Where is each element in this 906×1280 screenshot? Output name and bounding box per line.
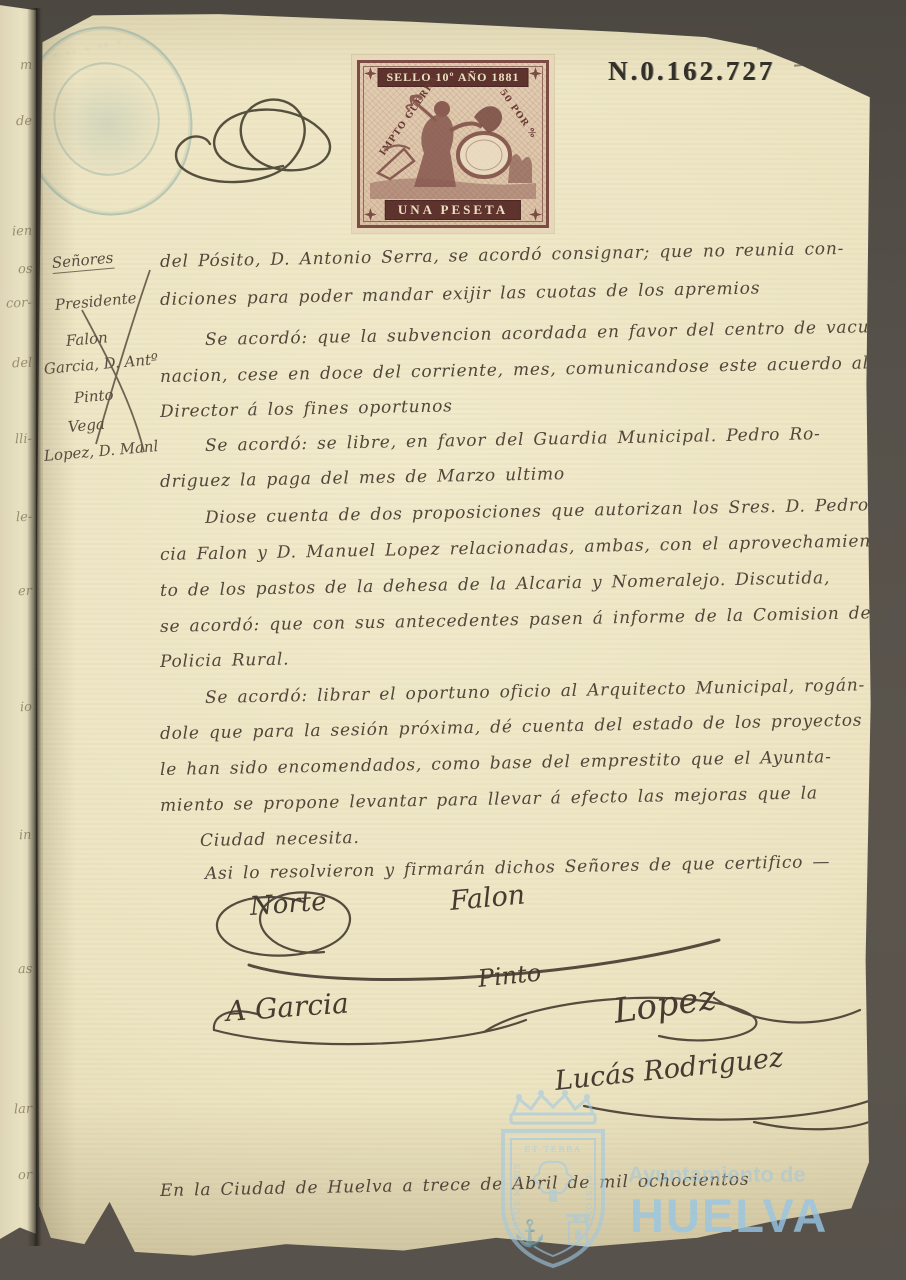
body-line: le han sido encomendados, como base del … [160, 747, 832, 780]
signature-falon: Falon [449, 879, 527, 916]
star-icon [364, 208, 377, 221]
body-line: del Pósito, D. Antonio Serra, se acordó … [160, 239, 845, 272]
allegorical-figure [370, 91, 536, 199]
body-line: diciones para poder mandar exijir las cu… [160, 278, 761, 310]
edge-text-fragment: lar [14, 1102, 33, 1118]
body-line: Policia Rural. [160, 650, 290, 672]
edge-text-fragment: le- [15, 510, 32, 526]
revenue-stamp-frame: SELLO 10º AÑO 1881 IMPTO GUERRA 50 POR % [357, 60, 549, 228]
edge-text-fragment: ien [12, 224, 33, 240]
star-icon [529, 208, 542, 221]
stamp-title: SELLO 10º AÑO 1881 [378, 68, 529, 87]
signature-norte: Norte [249, 887, 328, 922]
folio-underline [794, 59, 856, 66]
edge-text-fragment: io [20, 700, 33, 715]
serial-number-stamp: N.0.162.727 [608, 56, 775, 87]
body-line: Director á los fines oportunos [160, 396, 453, 422]
star-icon [529, 67, 542, 80]
edge-text-fragment: in [19, 828, 32, 843]
body-line: Se acordó: que la subvencion acordada en… [205, 317, 876, 350]
pen-flourish [172, 70, 367, 200]
body-line: miento se propone levantar para llevar á… [160, 783, 818, 816]
footer-line: En la Ciudad de Huelva a trece de Abril … [160, 1170, 750, 1201]
manuscript-page: · ·· · ·· · SELLO 10º AÑO 1881 IMPTO GUE… [34, 0, 874, 1280]
edge-text-fragment: lli- [15, 432, 32, 448]
stamp-denomination: UNA PESETA [385, 200, 521, 220]
body-line: Se acordó: librar el oportuno oficio al … [205, 675, 865, 708]
revenue-stamp: SELLO 10º AÑO 1881 IMPTO GUERRA 50 POR % [352, 55, 554, 233]
edge-text-fragment: as [17, 962, 32, 977]
body-line: Se acordó: se libre, en favor del Guardi… [205, 424, 821, 456]
edge-text-fragment: er [18, 584, 32, 599]
star-icon [364, 67, 377, 80]
edge-text-fragment: or [18, 1168, 33, 1183]
margin-cross-flourish [52, 262, 172, 462]
body-line: Diose cuenta de dos proposiciones que au… [205, 494, 906, 528]
edge-text-fragment: de [16, 114, 33, 130]
edge-text-fragment: os [17, 262, 32, 277]
body-line: dole que para la sesión próxima, dé cuen… [160, 710, 906, 744]
body-line: nacion, cese en doce del corriente, mes,… [160, 353, 906, 387]
edge-text-fragment: m [19, 58, 32, 73]
edge-text-fragment: cor- [6, 296, 32, 312]
body-line: cia Falon y D. Manuel Lopez relacionadas… [160, 531, 878, 565]
body-line: Ciudad necesita. [200, 828, 360, 851]
body-line: driguez la paga del mes de Marzo ultimo [160, 464, 565, 492]
previous-page-edge: m de ien os cor- del lli- le- er io in a… [0, 0, 36, 1280]
body-line: se acordó: que con sus antecedentes pase… [160, 603, 872, 637]
body-line: to de los pastos de la dehesa de la Alca… [160, 568, 831, 601]
archived-manuscript-photo: m de ien os cor- del lli- le- er io in a… [0, 0, 906, 1280]
edge-text-fragment: del [12, 356, 33, 372]
folio-number: – 64 – 4 [755, 31, 846, 59]
